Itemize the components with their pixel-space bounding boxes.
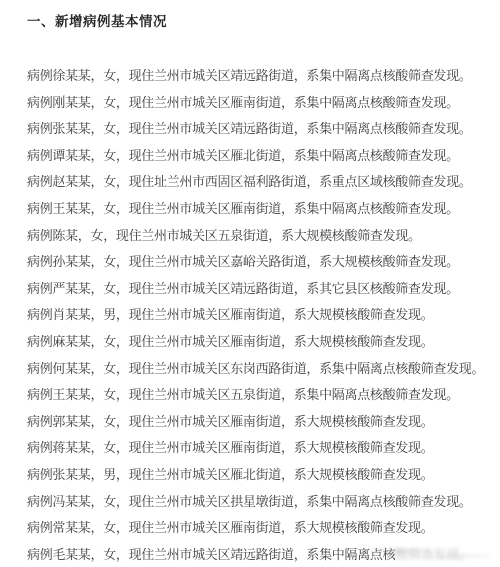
case-text: 病例何某某，女，现住兰州市城关区东岗西路街道，系集中隔离点核酸筛查发现。 <box>27 361 484 376</box>
case-line: 病例何某某，女，现住兰州市城关区东岗西路街道，系集中隔离点核酸筛查发现。 <box>27 356 500 383</box>
case-text: 病例刚某某，女，现住兰州市城关区雁南街道，系集中隔离点核酸筛查发现。 <box>27 95 459 110</box>
case-text: 病例肖某某，男，现住兰州市城关区雁南街道，系大规模核酸筛查发现。 <box>27 307 433 322</box>
case-text: 病例张某某，女，现住兰州市城关区靖远路街道，系集中隔离点核酸筛查发现。 <box>27 121 472 136</box>
case-text: 病例赵某某，女，现住址兰州市西固区福利路街道，系重点区域核酸筛查发现。 <box>27 174 472 189</box>
case-line: 病例肖某某，男，现住兰州市城关区雁南街道，系大规模核酸筛查发现。 <box>27 302 500 329</box>
case-text-faded: 酸筛查发现。 <box>395 547 471 562</box>
case-line: 病例刚某某，女，现住兰州市城关区雁南街道，系集中隔离点核酸筛查发现。 <box>27 90 500 117</box>
case-line: 病例蒋某某，女，现住兰州市城关区雁南街道，系大规模核酸筛查发现。 <box>27 435 500 462</box>
document-page: 一、新增病例基本情况 病例徐某某，女，现住兰州市城关区靖远路街道，系集中隔离点核… <box>0 0 500 567</box>
case-text: 病例严某某，女，现住兰州市城关区靖远路街道，系其它县区核酸筛查发现。 <box>27 281 459 296</box>
case-line: 病例毛某某，女，现住兰州市城关区靖远路街道，系集中隔离点核酸筛查发现。 <box>27 542 500 567</box>
case-text: 病例谭某某，女，现住兰州市城关区雁北街道，系集中隔离点核酸筛查发现。 <box>27 148 459 163</box>
case-list: 病例徐某某，女，现住兰州市城关区靖远路街道，系集中隔离点核酸筛查发现。病例刚某某… <box>27 63 500 567</box>
case-line: 病例陈某，女，现住兰州市城关区五泉街道，系大规模核酸筛查发现。 <box>27 223 500 250</box>
case-text: 病例徐某某，女，现住兰州市城关区靖远路街道，系集中隔离点核酸筛查发现。 <box>27 68 472 83</box>
case-text: 病例毛某某，女，现住兰州市城关区靖远路街道，系集中隔离点核 <box>27 547 395 562</box>
case-line: 病例张某某，男，现住兰州市城关区雁北街道，系大规模核酸筛查发现。 <box>27 462 500 489</box>
case-text: 病例冯某某，女，现住兰州市城关区拱星墩街道，系集中隔离点核酸筛查发现。 <box>27 494 472 509</box>
case-text: 病例张某某，男，现住兰州市城关区雁北街道，系大规模核酸筛查发现。 <box>27 467 433 482</box>
case-line: 病例王某某，女，现住兰州市城关区雁南街道，系集中隔离点核酸筛查发现。 <box>27 196 500 223</box>
case-line: 病例麻某某，女，现住兰州市城关区雁南街道，系大规模核酸筛查发现。 <box>27 329 500 356</box>
case-text: 病例王某某，女，现住兰州市城关区五泉街道，系集中隔离点核酸筛查发现。 <box>27 387 459 402</box>
page-title: 一、新增病例基本情况 <box>27 12 500 32</box>
case-text: 病例常某某，女，现住兰州市城关区雁南街道，系大规模核酸筛查发现。 <box>27 520 433 535</box>
case-text: 病例麻某某，女，现住兰州市城关区雁南街道，系大规模核酸筛查发现。 <box>27 334 433 349</box>
case-line: 病例张某某，女，现住兰州市城关区靖远路街道，系集中隔离点核酸筛查发现。 <box>27 116 500 143</box>
case-line: 病例孙某某，女，现住兰州市城关区嘉峪关路街道，系大规模核酸筛查发现。 <box>27 249 500 276</box>
case-line: 病例徐某某，女，现住兰州市城关区靖远路街道，系集中隔离点核酸筛查发现。 <box>27 63 500 90</box>
case-line: 病例严某某，女，现住兰州市城关区靖远路街道，系其它县区核酸筛查发现。 <box>27 276 500 303</box>
case-line: 病例郭某某，女，现住兰州市城关区雁南街道，系大规模核酸筛查发现。 <box>27 409 500 436</box>
case-line: 病例赵某某，女，现住址兰州市西固区福利路街道，系重点区域核酸筛查发现。 <box>27 169 500 196</box>
case-line: 病例王某某，女，现住兰州市城关区五泉街道，系集中隔离点核酸筛查发现。 <box>27 382 500 409</box>
case-line: 病例冯某某，女，现住兰州市城关区拱星墩街道，系集中隔离点核酸筛查发现。 <box>27 489 500 516</box>
case-text: 病例蒋某某，女，现住兰州市城关区雁南街道，系大规模核酸筛查发现。 <box>27 440 433 455</box>
case-text: 病例陈某，女，现住兰州市城关区五泉街道，系大规模核酸筛查发现。 <box>27 228 421 243</box>
case-line: 病例常某某，女，现住兰州市城关区雁南街道，系大规模核酸筛查发现。 <box>27 515 500 542</box>
case-text: 病例王某某，女，现住兰州市城关区雁南街道，系集中隔离点核酸筛查发现。 <box>27 201 459 216</box>
case-text: 病例孙某某，女，现住兰州市城关区嘉峪关路街道，系大规模核酸筛查发现。 <box>27 254 459 269</box>
case-text: 病例郭某某，女，现住兰州市城关区雁南街道，系大规模核酸筛查发现。 <box>27 414 433 429</box>
case-line: 病例谭某某，女，现住兰州市城关区雁北街道，系集中隔离点核酸筛查发现。 <box>27 143 500 170</box>
